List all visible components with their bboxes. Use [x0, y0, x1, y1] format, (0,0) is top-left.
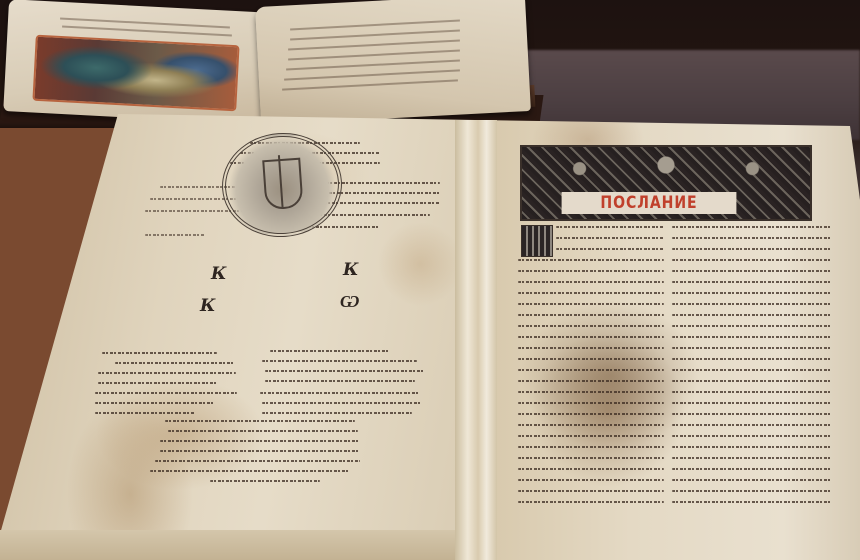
book-gutter	[455, 120, 497, 560]
left-page-edge	[0, 530, 480, 560]
text-line	[265, 380, 415, 382]
text-line	[518, 479, 664, 481]
text-line	[518, 380, 664, 382]
text-line	[518, 347, 664, 349]
text-line	[518, 281, 664, 283]
text-line	[672, 259, 832, 261]
text-line	[518, 270, 664, 272]
text-line	[518, 369, 664, 371]
text-line	[672, 226, 832, 228]
text-line	[556, 237, 664, 239]
text-line	[672, 446, 832, 448]
text-line	[155, 460, 360, 462]
text-line	[672, 501, 832, 503]
text-line	[265, 370, 425, 372]
text-line	[98, 372, 236, 374]
text-line	[518, 259, 664, 261]
text-line	[160, 450, 360, 452]
text-line	[518, 303, 664, 305]
text-line	[145, 234, 205, 236]
text-line	[518, 457, 664, 459]
text-line	[672, 490, 832, 492]
text-line	[672, 380, 832, 382]
photo-scene: К К К Ѡ ПОСЛАНИЕ	[0, 0, 860, 560]
text-line	[115, 362, 235, 364]
text-line	[672, 435, 832, 437]
text-line	[260, 392, 420, 394]
crest-letter: К	[211, 266, 226, 283]
text-line	[672, 292, 832, 294]
text-line	[556, 248, 664, 250]
text-line	[518, 402, 664, 404]
text-line	[518, 468, 664, 470]
water-stain	[520, 300, 700, 450]
text-line	[672, 413, 832, 415]
text-line	[262, 360, 417, 362]
text-line	[160, 440, 360, 442]
text-line	[672, 468, 832, 470]
text-line	[165, 420, 355, 422]
text-line	[518, 501, 664, 503]
text-line	[518, 358, 664, 360]
text-line	[95, 412, 195, 414]
text-line	[672, 270, 832, 272]
decorated-initial	[521, 225, 553, 257]
text-line	[672, 424, 832, 426]
text-line	[672, 303, 832, 305]
text-line	[270, 350, 390, 352]
text-line	[150, 470, 350, 472]
text-line	[518, 490, 664, 492]
text-line	[518, 314, 664, 316]
illuminated-miniature	[32, 35, 239, 112]
text-line	[518, 413, 664, 415]
text-line	[672, 391, 832, 393]
text-line	[672, 402, 832, 404]
text-line	[262, 412, 412, 414]
text-line	[672, 314, 832, 316]
text-line	[262, 402, 422, 404]
text-line	[672, 237, 832, 239]
text-line	[672, 347, 832, 349]
text-line	[672, 281, 832, 283]
text-line	[98, 382, 218, 384]
text-line	[672, 358, 832, 360]
crest-letter: К	[343, 262, 358, 279]
text-line	[672, 479, 832, 481]
text-line	[95, 392, 237, 394]
text-line	[210, 480, 320, 482]
text-line	[672, 457, 832, 459]
text-line	[672, 248, 832, 250]
text-line	[95, 402, 215, 404]
text-line	[518, 446, 664, 448]
text-line	[518, 435, 664, 437]
text-line	[168, 430, 358, 432]
text-line	[518, 325, 664, 327]
text-line	[518, 336, 664, 338]
crest-letter: Ѡ	[340, 294, 359, 311]
text-line	[672, 369, 832, 371]
text-line	[672, 336, 832, 338]
text-line	[102, 352, 217, 354]
text-line	[672, 325, 832, 327]
crest-letter: К	[200, 298, 215, 315]
text-line	[556, 226, 664, 228]
text-line	[518, 391, 664, 393]
text-line	[518, 292, 664, 294]
text-line	[518, 424, 664, 426]
rubricated-title: ПОСЛАНИЕ	[562, 192, 737, 214]
